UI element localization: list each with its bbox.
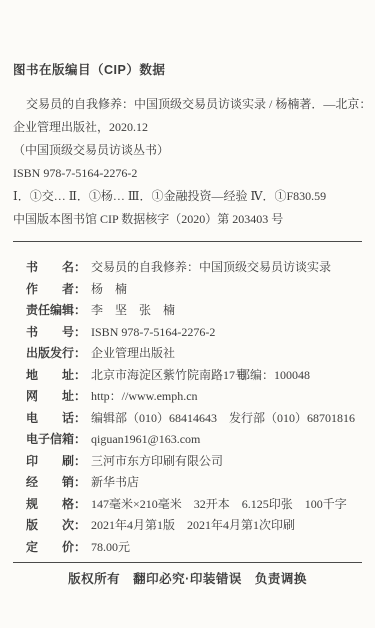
postcode-value: 邮编：100048: [238, 365, 310, 387]
row-editor: 责任编辑：李 坚 张 楠: [26, 300, 362, 322]
field-value: http：//www.emph.cn: [91, 389, 198, 403]
row-printer: 印刷：三河市东方印刷有限公司: [26, 451, 362, 473]
row-distributor: 经销：新华书店: [26, 472, 362, 494]
field-value: 147毫米×210毫米 32开本 6.125印张 100千字: [91, 497, 347, 511]
row-email: 电子信箱：qiguan1961@163.com: [26, 429, 362, 451]
field-colon: ：: [74, 282, 86, 296]
field-colon: ：: [74, 497, 86, 511]
row-author: 作者：杨 楠: [26, 279, 362, 301]
field-label: 出版发行: [26, 343, 74, 365]
field-colon: ：: [74, 346, 86, 360]
field-value: 交易员的自我修养：中国顶级交易员访谈实录: [91, 260, 331, 274]
field-colon: ：: [74, 518, 86, 532]
field-value: 78.00元: [91, 540, 130, 554]
row-phone: 电话：编辑部（010）68414643 发行部（010）68701816: [26, 408, 362, 430]
row-website: 网址：http：//www.emph.cn: [26, 386, 362, 408]
field-colon: ：: [74, 540, 86, 554]
row-isbn: 书号：ISBN 978-7-5164-2276-2: [26, 322, 362, 344]
copyright-notice: 版权所有 翻印必究·印装错误 负责调换: [13, 569, 362, 587]
field-colon: ：: [74, 411, 86, 425]
field-label: 责任编辑: [26, 300, 74, 322]
field-colon: ：: [74, 325, 86, 339]
field-value: qiguan1961@163.com: [91, 432, 200, 446]
colophon-rows: 书名：交易员的自我修养：中国顶级交易员访谈实录 作者：杨 楠 责任编辑：李 坚 …: [26, 257, 362, 558]
field-label: 书名: [26, 257, 74, 279]
divider-bottom: [13, 562, 362, 563]
field-colon: ：: [74, 454, 86, 468]
field-value: 三河市东方印刷有限公司: [91, 454, 223, 468]
field-label: 电子信箱: [26, 429, 74, 451]
copyright-page: 图书在版编目（CIP）数据 交易员的自我修养：中国顶级交易员访谈实录 / 杨楠著…: [0, 0, 375, 628]
field-label: 网址: [26, 386, 74, 408]
field-label: 经销: [26, 472, 74, 494]
field-colon: ：: [74, 475, 86, 489]
field-value: 北京市海淀区紫竹院南路17号: [91, 368, 247, 382]
row-address: 地址：北京市海淀区紫竹院南路17号邮编：100048: [26, 365, 362, 387]
field-value: 2021年4月第1版 2021年4月第1次印刷: [91, 518, 295, 532]
field-value: ISBN 978-7-5164-2276-2: [91, 325, 215, 339]
cip-heading: 图书在版编目（CIP）数据: [13, 62, 362, 78]
field-label: 电话: [26, 408, 74, 430]
cip-line: ISBN 978-7-5164-2276-2: [13, 162, 362, 185]
field-label: 规格: [26, 494, 74, 516]
divider-top: [13, 241, 362, 242]
field-label: 书号: [26, 322, 74, 344]
row-edition: 版次：2021年4月第1版 2021年4月第1次印刷: [26, 515, 362, 537]
field-value: 新华书店: [91, 475, 139, 489]
cip-line: 中国版本图书馆 CIP 数据核字（2020）第 203403 号: [13, 208, 362, 231]
row-price: 定价：78.00元: [26, 537, 362, 559]
field-value: 编辑部（010）68414643 发行部（010）68701816: [91, 411, 355, 425]
field-colon: ：: [74, 432, 86, 446]
cip-line: 企业管理出版社，2020.12: [13, 116, 362, 139]
row-publisher: 出版发行：企业管理出版社: [26, 343, 362, 365]
field-label: 印刷: [26, 451, 74, 473]
field-colon: ：: [74, 303, 86, 317]
field-colon: ：: [74, 260, 86, 274]
field-label: 版次: [26, 515, 74, 537]
cip-line: Ⅰ．①交… Ⅱ．①杨… Ⅲ．①金融投资—经验 Ⅳ．①F830.59: [13, 185, 362, 208]
field-colon: ：: [74, 389, 86, 403]
cip-block: 交易员的自我修养：中国顶级交易员访谈实录 / 杨楠著．—北京： 企业管理出版社，…: [13, 93, 362, 231]
cip-line: 交易员的自我修养：中国顶级交易员访谈实录 / 杨楠著．—北京：: [13, 93, 362, 116]
field-colon: ：: [74, 368, 86, 382]
row-book-title: 书名：交易员的自我修养：中国顶级交易员访谈实录: [26, 257, 362, 279]
field-label: 作者: [26, 279, 74, 301]
field-label: 定价: [26, 537, 74, 559]
field-value: 李 坚 张 楠: [91, 303, 175, 317]
field-value: 杨 楠: [91, 282, 127, 296]
row-format: 规格：147毫米×210毫米 32开本 6.125印张 100千字: [26, 494, 362, 516]
cip-line: （中国顶级交易员访谈丛书）: [13, 139, 362, 162]
field-value: 企业管理出版社: [91, 346, 175, 360]
field-label: 地址: [26, 365, 74, 387]
